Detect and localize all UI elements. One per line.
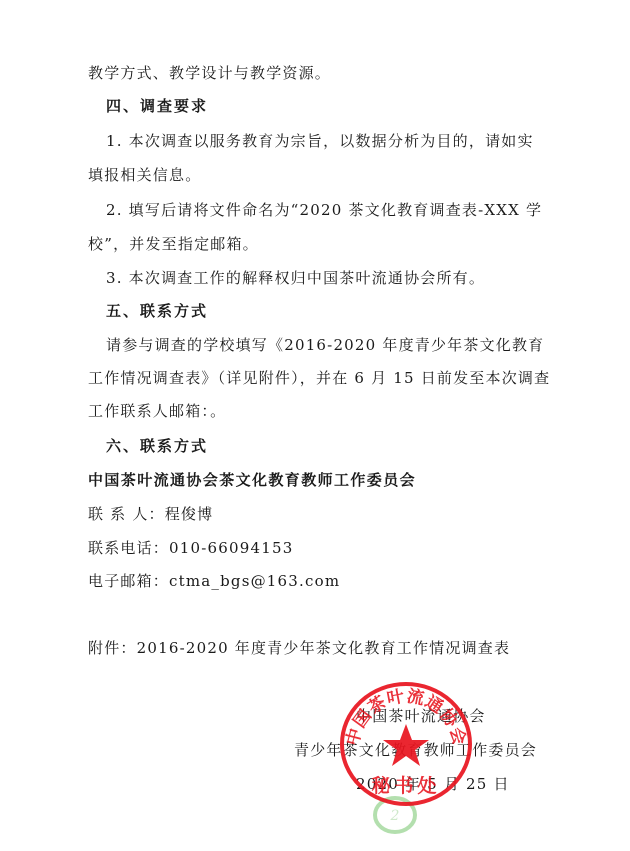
signature-org-2: 青少年茶文化教育教师工作委员会 <box>294 740 537 760</box>
body-text-line: 教学方式、教学设计与教学资源。 <box>88 63 538 83</box>
contact-email: 电子邮箱：ctma_bgs@163.com <box>88 571 538 591</box>
requirement-2-line-1: 2. 填写后请将文件命名为“2020 茶文化教育调查表-XXX 学 <box>106 200 556 220</box>
contact-person: 联 系 人：程俊博 <box>88 504 538 524</box>
attachment-note: 附件：2016-2020 年度青少年茶文化教育工作情况调查表 <box>88 638 538 658</box>
contact-paragraph-line-2: 工作情况调查表》（详见附件），并在 6 月 15 日前发至本次调查 <box>88 368 538 388</box>
document-page: 教学方式、教学设计与教学资源。 四、调查要求 1. 本次调查以服务教育为宗旨，以… <box>0 0 630 851</box>
section-heading-6: 六、联系方式 <box>106 436 556 456</box>
contact-phone: 联系电话：010-66094153 <box>88 538 538 558</box>
signature-org-1: 中国茶叶流通协会 <box>356 706 486 726</box>
contact-paragraph-line-1: 请参与调查的学校填写《2016-2020 年度青少年茶文化教育 <box>106 335 556 355</box>
svg-text:2: 2 <box>390 808 400 824</box>
requirement-1-line-1: 1. 本次调查以服务教育为宗旨，以数据分析为目的，请如实 <box>106 131 556 151</box>
requirement-1-line-2: 填报相关信息。 <box>88 165 538 185</box>
contact-paragraph-line-3: 工作联系人邮箱：。 <box>88 401 538 421</box>
requirement-3: 3. 本次调查工作的解释权归中国茶叶流通协会所有。 <box>106 268 556 288</box>
section-heading-5: 五、联系方式 <box>106 301 556 321</box>
watermark-circle-icon: 2 <box>372 795 418 835</box>
signature-date: 2020 年 5 月 25 日 <box>356 774 510 794</box>
section-heading-4: 四、调查要求 <box>106 96 556 116</box>
requirement-2-line-2: 校”，并发至指定邮箱。 <box>88 234 538 254</box>
organization-name: 中国茶叶流通协会茶文化教育教师工作委员会 <box>88 470 538 490</box>
